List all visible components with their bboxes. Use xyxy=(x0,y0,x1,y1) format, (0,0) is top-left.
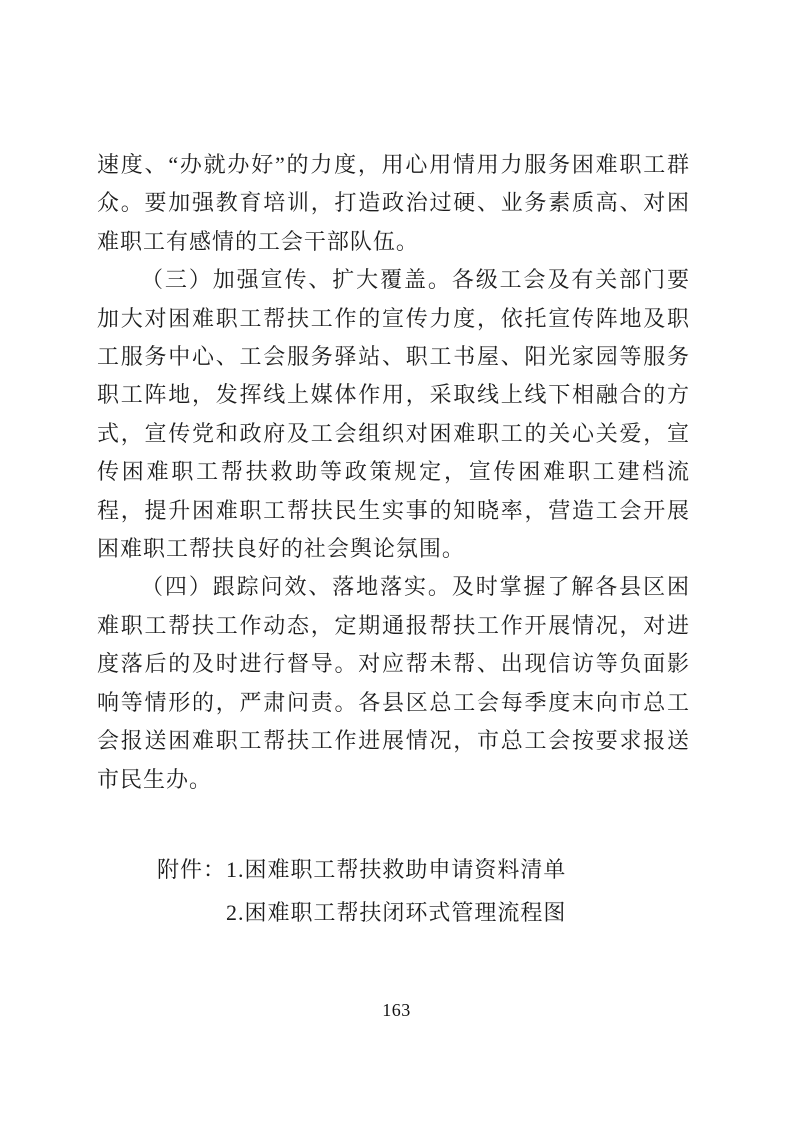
body-paragraph-1: 速度、“办就办好”的力度，用心用情用力服务困难职工群众。要加强教育培训，打造政治… xyxy=(97,146,690,261)
document-page: 速度、“办就办好”的力度，用心用情用力服务困难职工群众。要加强教育培训，打造政治… xyxy=(0,0,793,1122)
body-paragraph-2: （三）加强宣传、扩大覆盖。各级工会及有关部门要加大对困难职工帮扶工作的宣传力度，… xyxy=(97,261,690,568)
document-body: 速度、“办就办好”的力度，用心用情用力服务困难职工群众。要加强教育培训，打造政治… xyxy=(97,146,690,934)
attachment-item-2: 2.困难职工帮扶闭环式管理流程图 xyxy=(226,900,566,925)
attachments-label: 附件： xyxy=(157,857,226,882)
body-paragraph-3: （四）跟踪问效、落地落实。及时掌握了解各县区困难职工帮扶工作动态，定期通报帮扶工… xyxy=(97,568,690,798)
attachments-block: 附件：1.困难职工帮扶救助申请资料清单 2.困难职工帮扶闭环式管理流程图 xyxy=(97,848,690,934)
page-number: 163 xyxy=(0,1000,793,1021)
attachment-item-1: 1.困难职工帮扶救助申请资料清单 xyxy=(226,857,566,882)
attachment-line-1: 附件：1.困难职工帮扶救助申请资料清单 xyxy=(97,848,690,891)
attachment-line-2: 2.困难职工帮扶闭环式管理流程图 xyxy=(97,891,690,934)
